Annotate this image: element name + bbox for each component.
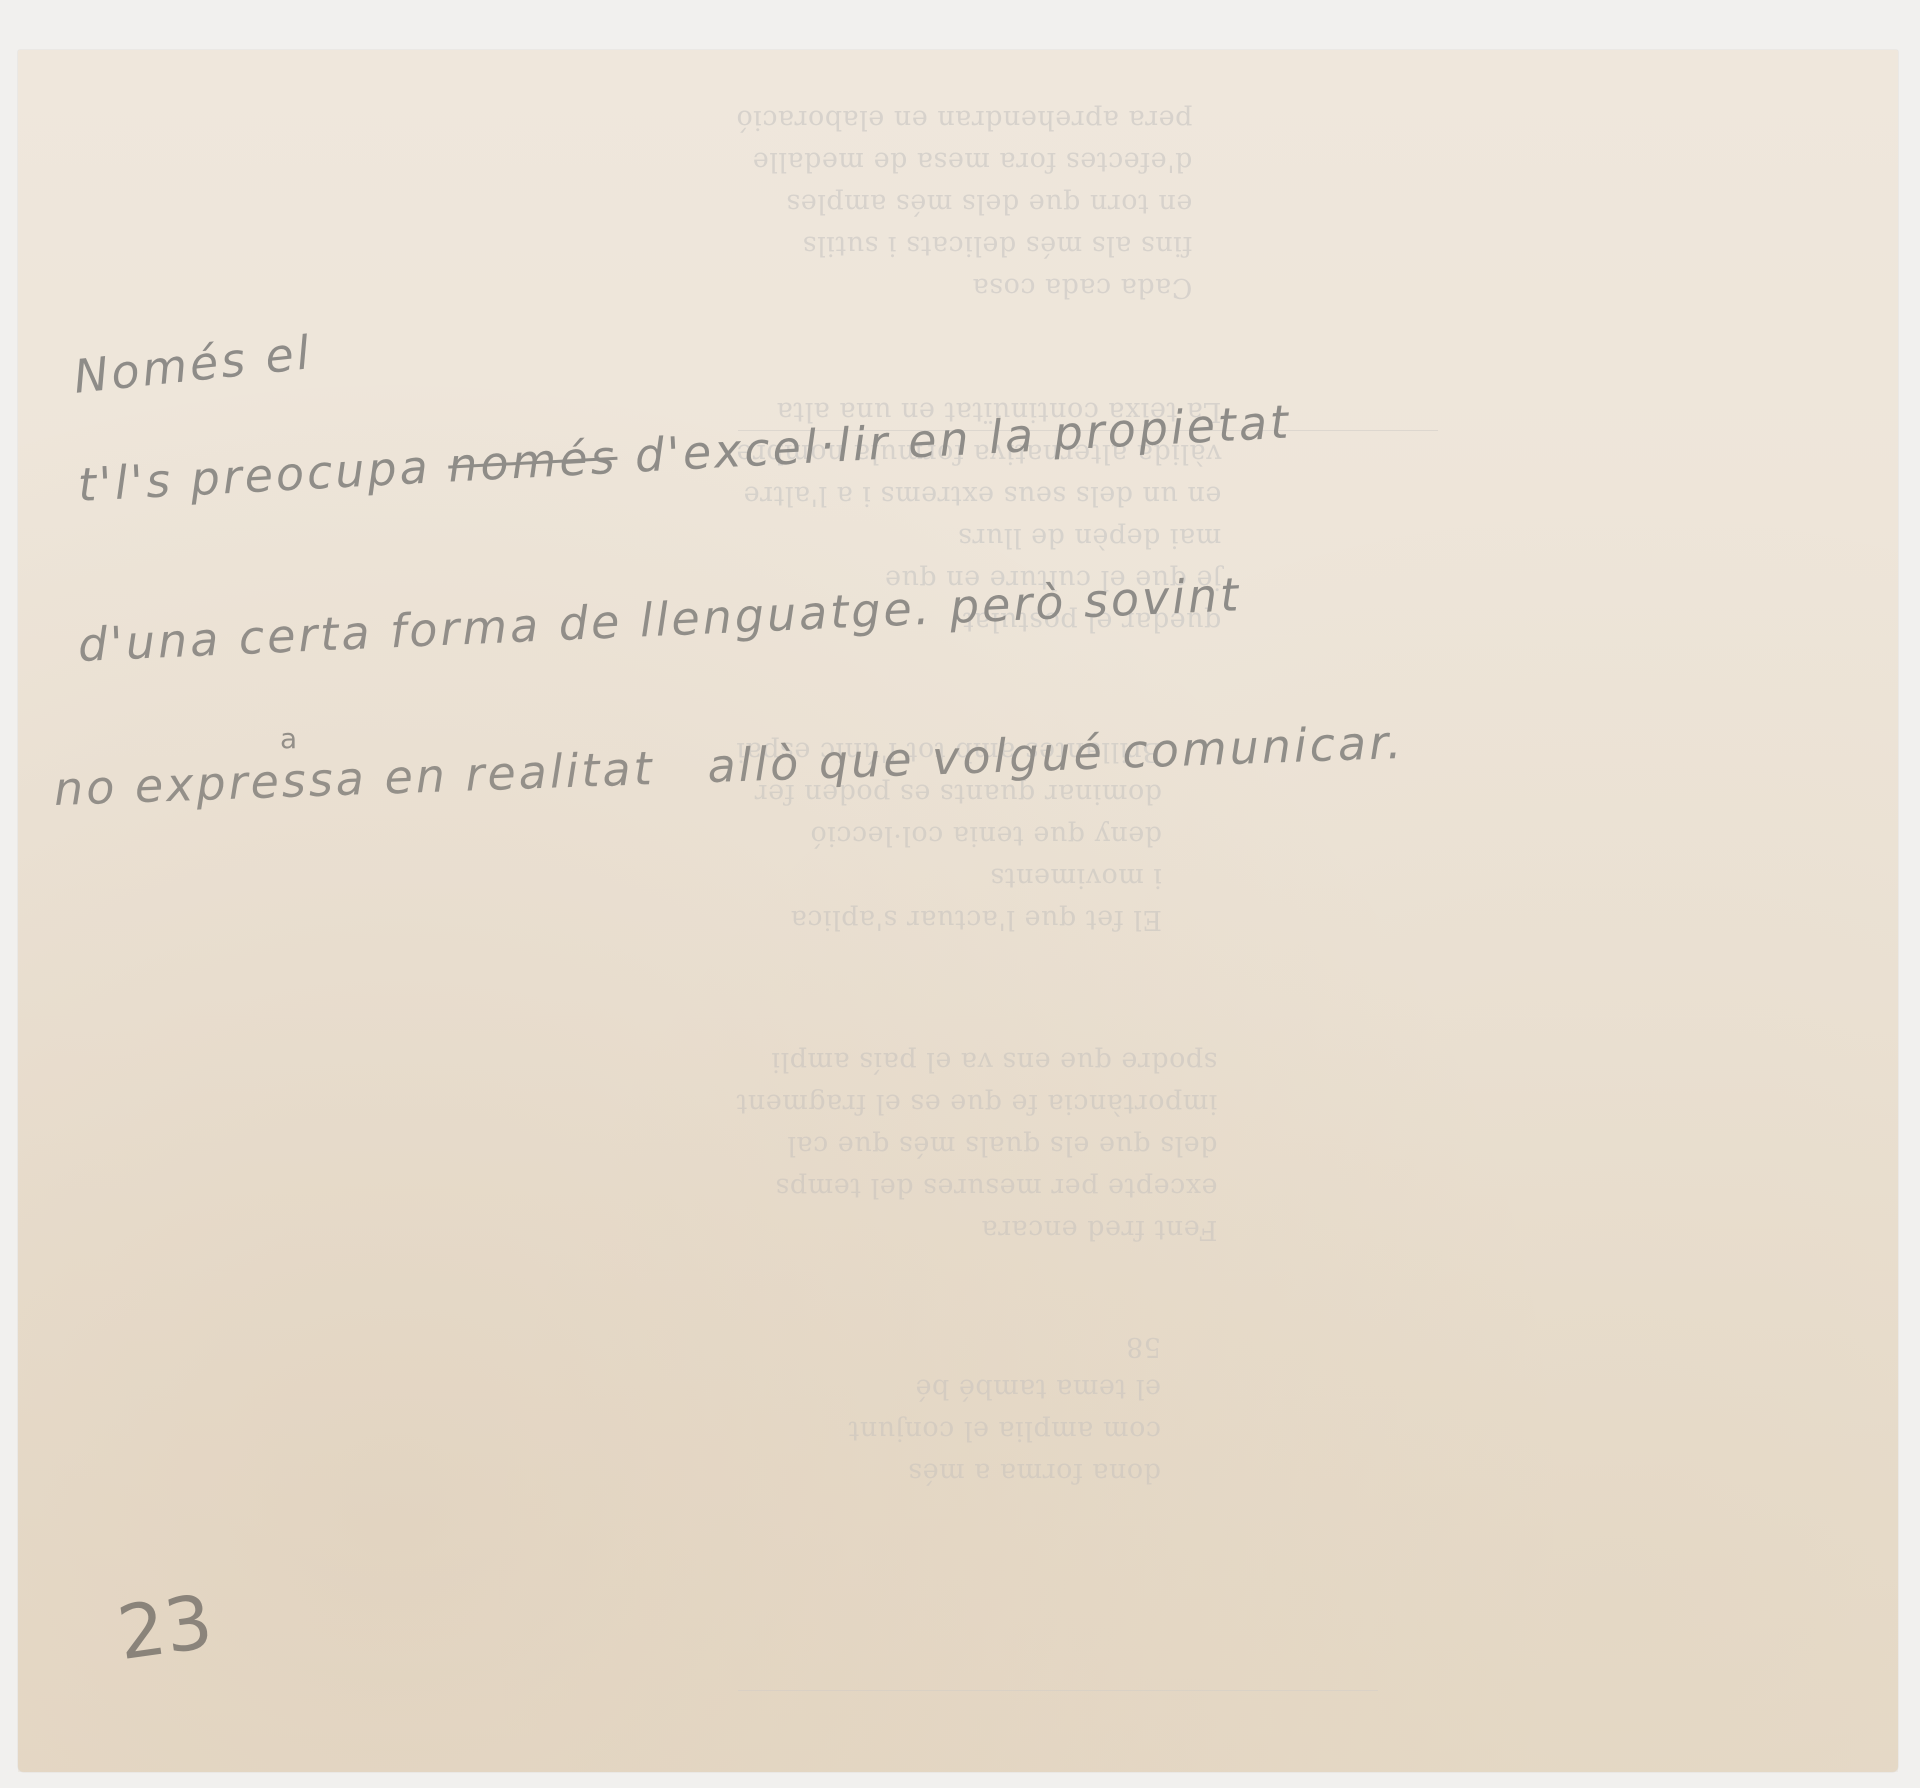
- show-through-text-block: Fent fred encara excepte per mesures del…: [736, 1040, 1217, 1250]
- handwritten-text: d'una certa forma de llenguatge. però so…: [77, 567, 1242, 672]
- handwritten-line-3: no expressa en realitat allò que volgué …: [53, 715, 1405, 816]
- handwritten-line-2: d'una certa forma de llenguatge. però so…: [77, 567, 1242, 672]
- handwritten-text: no expressa: [53, 751, 368, 816]
- show-through-text-block: dona forma a més com amplia el conjunt e…: [848, 1325, 1161, 1493]
- handwritten-text: preocupa: [189, 440, 432, 507]
- struck-word: només: [447, 430, 619, 493]
- handwritten-text: Només el: [71, 325, 315, 404]
- show-through-text-block: Cada cada cosa fins als més delicats i s…: [736, 98, 1192, 308]
- handwritten-text: en realitat: [383, 741, 655, 804]
- handwritten-text: t'l's: [77, 453, 175, 512]
- paper-sheet: Cada cada cosa fins als més delicats i s…: [18, 50, 1898, 1772]
- correction-mark: a: [280, 722, 297, 755]
- page-number: 23: [112, 1579, 217, 1677]
- handwritten-insertion: Només el: [71, 325, 315, 404]
- show-through-rule: [738, 1690, 1378, 1691]
